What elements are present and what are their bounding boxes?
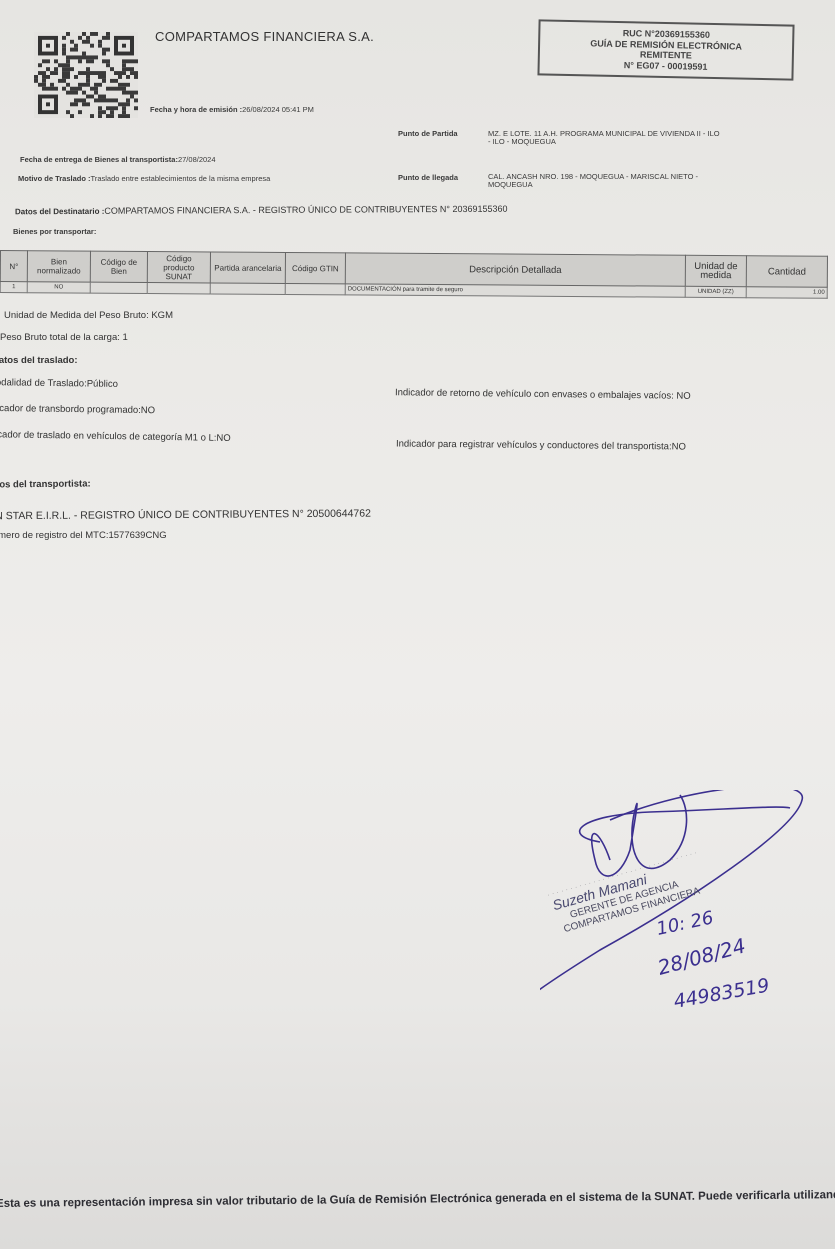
emission-date: Fecha y hora de emisión :26/08/2024 05:4… bbox=[150, 105, 314, 114]
col-description: Descripción Detallada bbox=[345, 253, 685, 286]
signature-stamp: . . . . . . . . . . . . . . . . . . . . … bbox=[540, 790, 830, 1020]
carrier-title: Datos del transportista: bbox=[0, 478, 91, 490]
carrier-name: UNION STAR E.I.R.L. - REGISTRO ÚNICO DE … bbox=[0, 508, 371, 523]
carrier-mtc: Número de registro del MTC:1577639CNG bbox=[0, 530, 167, 541]
transshipment-indicator: Indicador de transbordo programado:NO bbox=[0, 403, 155, 416]
emission-value: 26/08/2024 05:41 PM bbox=[242, 105, 314, 114]
col-sunat-code: Código producto SUNAT bbox=[147, 252, 210, 283]
handwritten-id: 44983519 bbox=[672, 974, 771, 1012]
col-gtin: Código GTIN bbox=[285, 252, 345, 283]
qr-code bbox=[34, 32, 138, 118]
company-name: COMPARTAMOS FINANCIERA S.A. bbox=[155, 29, 374, 44]
transfer-title: Datos del traslado: bbox=[0, 355, 78, 366]
destination-address: CAL. ANCASH NRO. 198 - MOQUEGUA - MARISC… bbox=[488, 173, 698, 189]
origin-address: MZ. E LOTE. 11 A.H. PROGRAMA MUNICIPAL D… bbox=[488, 130, 720, 146]
register-indicator: Indicador para registrar vehículos y con… bbox=[396, 438, 686, 452]
transfer-reason: Motivo de Traslado :Traslado entre estab… bbox=[18, 174, 270, 183]
destination-label: Punto de llegada bbox=[398, 173, 458, 182]
m1-category-indicator: Indicador de traslado en vehículos de ca… bbox=[0, 429, 231, 444]
emission-label: Fecha y hora de emisión : bbox=[150, 105, 242, 114]
weight-total: Peso Bruto total de la carga: 1 bbox=[0, 332, 128, 343]
weight-unit: Unidad de Medida del Peso Bruto: KGM bbox=[4, 310, 173, 321]
col-tariff: Partida arancelaria bbox=[210, 252, 285, 284]
col-normalized: Bien normalizado bbox=[27, 251, 90, 282]
col-unit: Unidad de medida bbox=[685, 255, 746, 286]
origin-label: Punto de Partida bbox=[398, 129, 458, 138]
footer-note: Esta es una representación impresa sin v… bbox=[0, 1189, 835, 1210]
col-quantity: Cantidad bbox=[746, 256, 827, 288]
items-table: N° Bien normalizado Código de Bien Códig… bbox=[0, 250, 828, 299]
transfer-modality: Modalidad de Traslado:Público bbox=[0, 377, 118, 390]
col-number: N° bbox=[0, 251, 27, 282]
goods-label: Bienes por transportar: bbox=[13, 227, 96, 236]
handwritten-date: 28/08/24 bbox=[655, 933, 748, 979]
document-id-box: RUC N°20369155360 GUÍA DE REMISIÓN ELECT… bbox=[537, 19, 794, 80]
return-indicator: Indicador de retorno de vehículo con env… bbox=[395, 387, 691, 402]
col-code: Código de Bien bbox=[90, 251, 147, 282]
recipient: Datos del Destinatario :COMPARTAMOS FINA… bbox=[15, 204, 508, 217]
delivery-date: Fecha de entrega de Bienes al transporti… bbox=[20, 155, 216, 164]
